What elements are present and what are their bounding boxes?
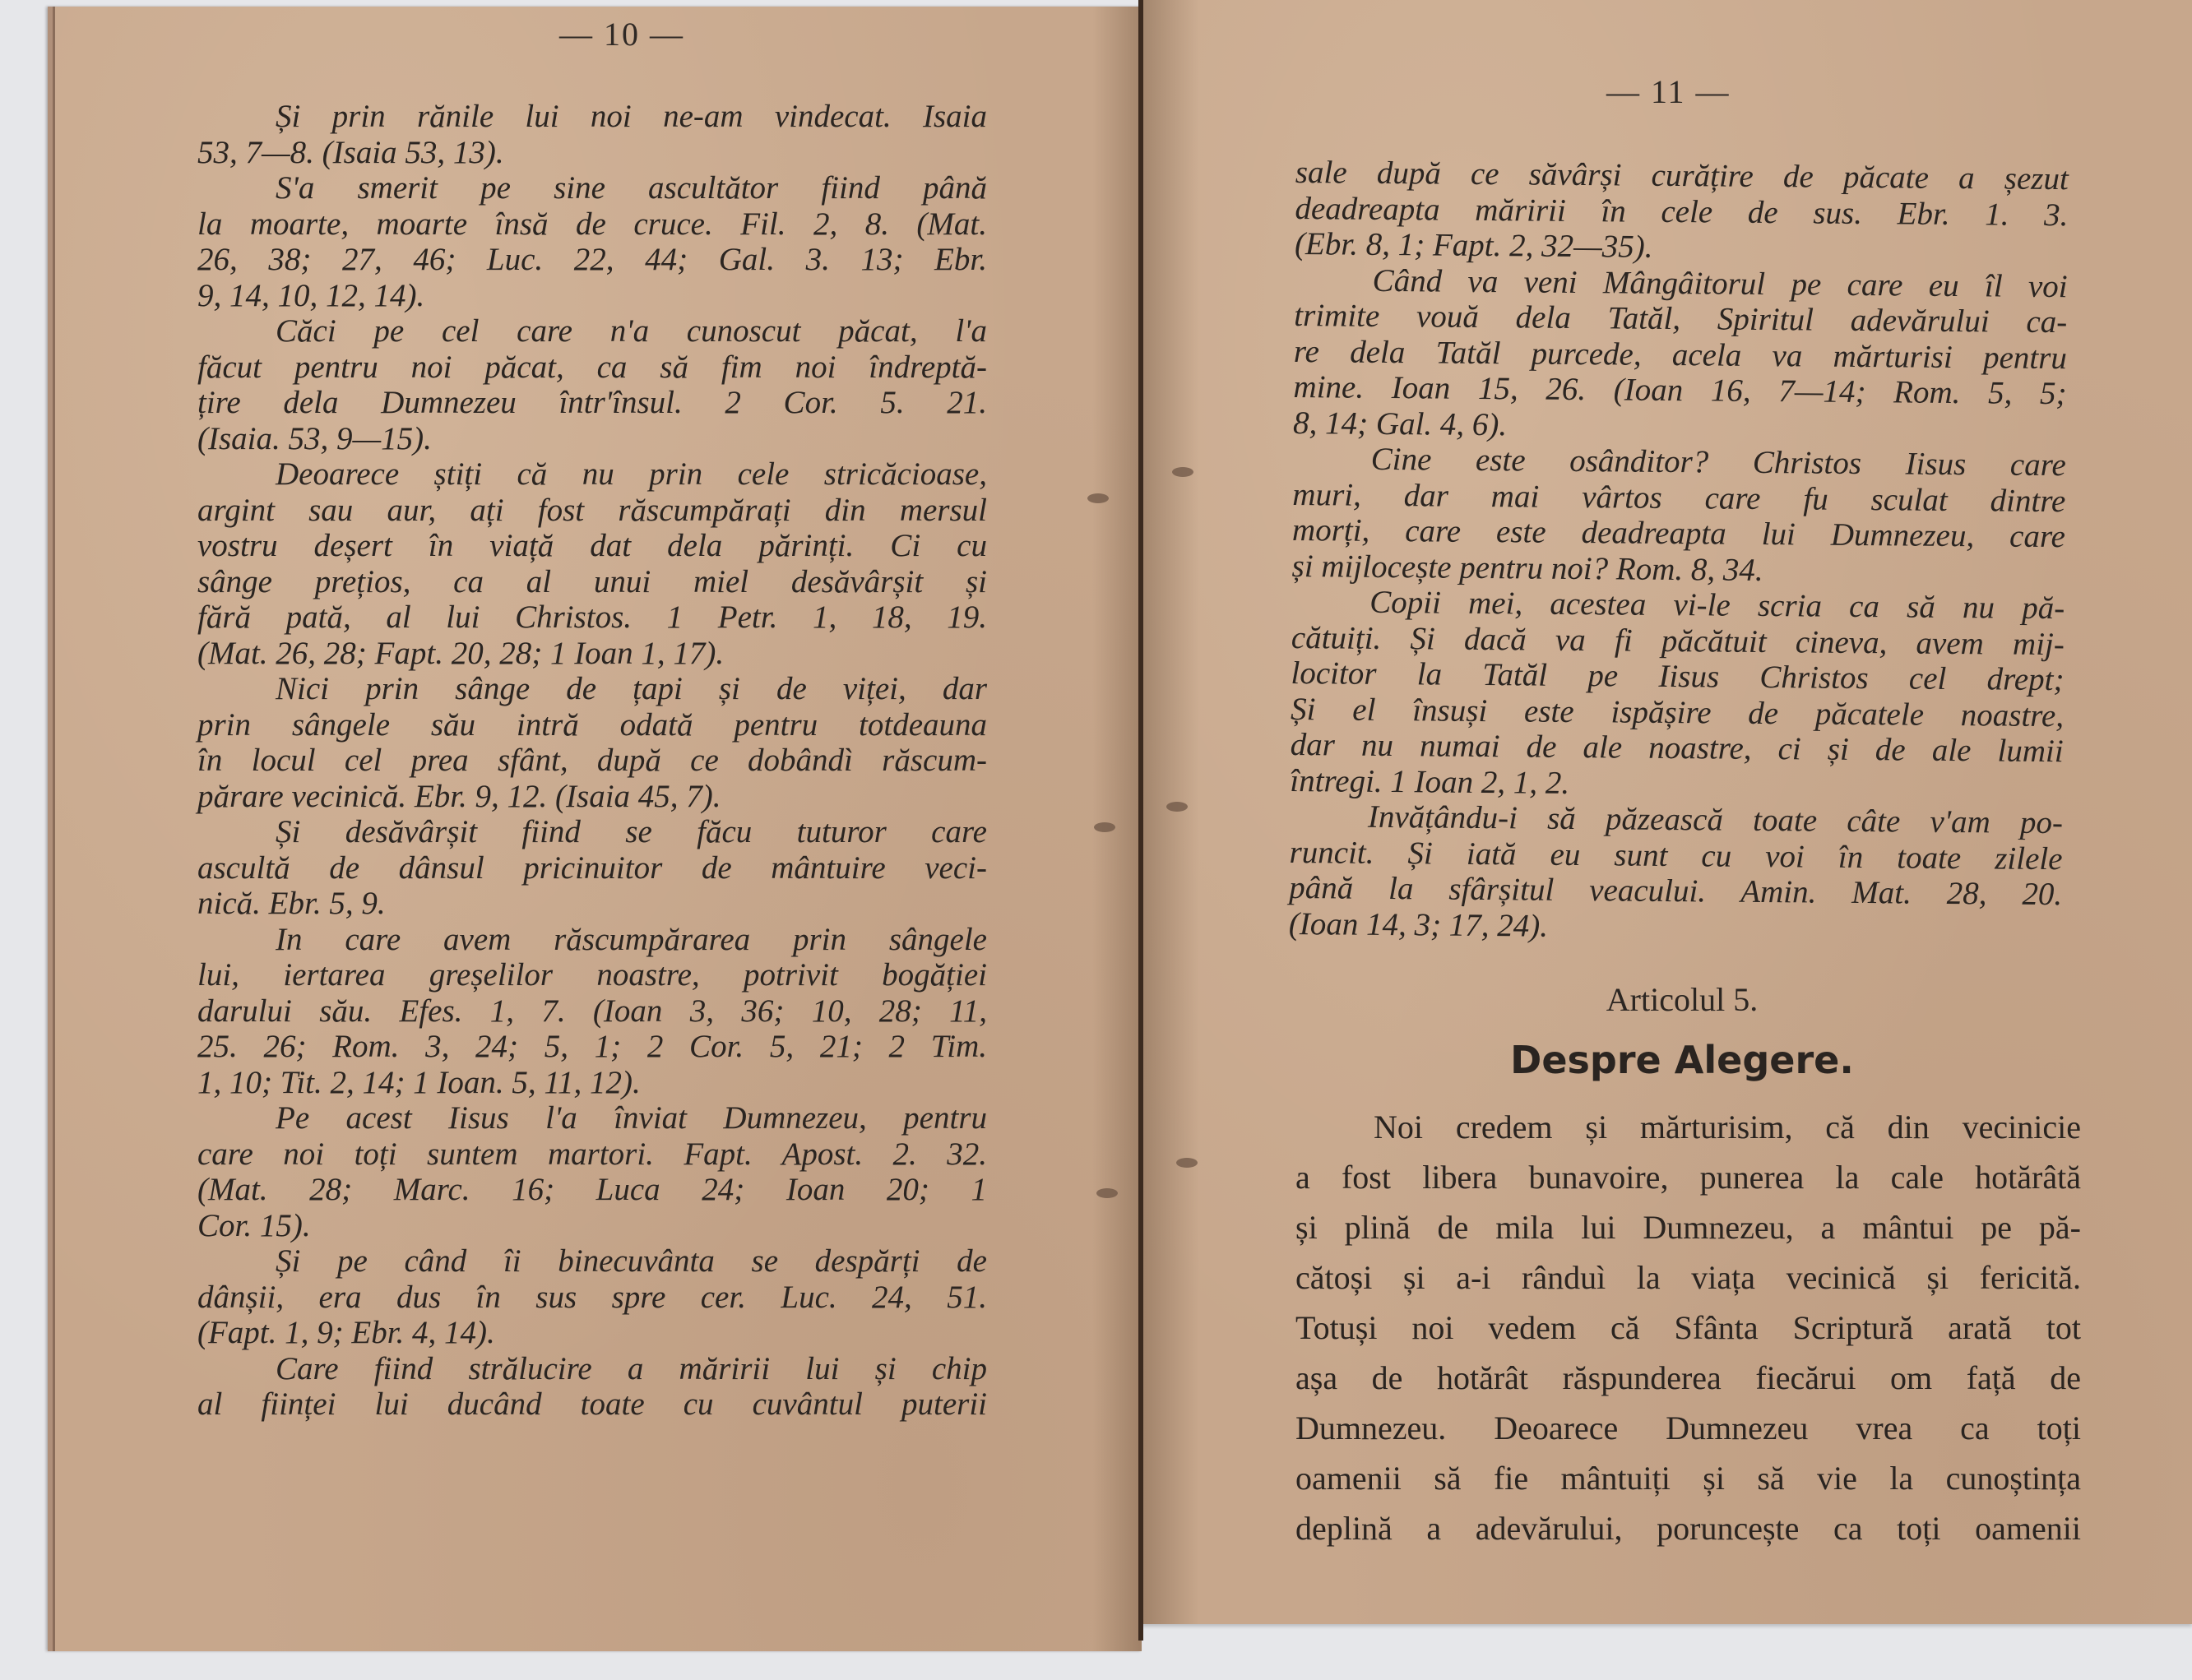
text-line: la moarte, moarte însă de cruce. Fil. 2,…	[197, 206, 987, 243]
text-line: făcut pentru noi păcat, ca să fim noi în…	[197, 349, 987, 386]
text-line: sale după ce săvârși curățire de păcate …	[1295, 155, 2069, 197]
text-line: deplină a adevărului, poruncește ca toți…	[1295, 1503, 2081, 1553]
text-line: oamenii să fie mântuiți și să vie la cun…	[1295, 1453, 2081, 1503]
binding-hole-mark	[1094, 822, 1115, 832]
text-line: dânșii, era dus în sus spre cer. Luc. 24…	[197, 1280, 987, 1316]
text-line: Și prin rănile lui noi ne-am vindecat. I…	[197, 99, 987, 135]
text-line: Și pe când îi binecuvânta se despărți de	[197, 1243, 987, 1280]
text-line: așa de hotărât răspunderea fiecărui om f…	[1295, 1353, 2081, 1403]
text-line: Invățându-i să păzească toate câte v'am …	[1290, 798, 2063, 841]
text-line: 53, 7—8. (Isaia 53, 13).	[197, 135, 987, 171]
text-line: 1, 10; Tit. 2, 14; 1 Ioan. 5, 11, 12).	[197, 1065, 987, 1101]
left-page-text: Și prin rănile lui noi ne-am vindecat. I…	[197, 99, 987, 1423]
text-line: (Mat. 28; Marc. 16; Luca 24; Ioan 20; 1	[197, 1172, 987, 1208]
text-line: în locul cel prea sfânt, după ce dobândì…	[197, 743, 987, 779]
text-line: Noi credem și mărturisim, că din vecinic…	[1295, 1102, 2081, 1152]
text-line: locitor la Tatăl pe Iisus Christos cel d…	[1291, 655, 2064, 698]
binding-hole-mark	[1172, 467, 1193, 477]
text-line: și plină de mila lui Dumnezeu, a mântui …	[1295, 1202, 2081, 1252]
text-line: 26, 38; 27, 46; Luc. 22, 44; Gal. 3. 13;…	[197, 242, 987, 278]
text-line: ascultă de dânsul pricinuitor de mântuir…	[197, 850, 987, 886]
text-line: mine. Ioan 15, 26. (Ioan 16, 7—14; Rom. …	[1293, 369, 2066, 412]
text-line: Și desăvârșit fiind se făcu tuturor care	[197, 814, 987, 850]
text-line: a fost libera bunavoire, punerea la cale…	[1295, 1152, 2081, 1202]
text-line: lui, iertarea greșelilor noastre, potriv…	[197, 957, 987, 993]
article-label: Articolul 5.	[1295, 980, 2069, 1019]
page-number-right: — 11 —	[1606, 72, 1731, 111]
text-line: nică. Ebr. 5, 9.	[197, 886, 987, 922]
text-line: morți, care este deadreapta lui Dumnezeu…	[1292, 512, 2065, 555]
text-line: S'a smerit pe sine ascultător fiind până	[197, 170, 987, 206]
text-line: trimite vouă dela Tatăl, Spiritul adevăr…	[1294, 298, 2067, 340]
text-line: țire dela Dumnezeu într'însul. 2 Cor. 5.…	[197, 385, 987, 421]
text-line: care noi toți suntem martori. Fapt. Apos…	[197, 1136, 987, 1173]
text-line: In care avem răscumpărarea prin sângele	[197, 922, 987, 958]
text-line: 9, 14, 10, 12, 14).	[197, 278, 987, 314]
text-line: Deoarece știți că nu prin cele stricăcio…	[197, 456, 987, 493]
text-line: sânge prețios, ca al unui miel desăvârși…	[197, 564, 987, 600]
text-line: (Isaia. 53, 9—15).	[197, 421, 987, 457]
text-line: cătoși și a-i rânduì la viața vecinică ș…	[1295, 1252, 2081, 1303]
text-line: (Mat. 26, 28; Fapt. 20, 28; 1 Ioan 1, 17…	[197, 636, 987, 672]
text-line: (Ioan 14, 3; 17, 24).	[1289, 905, 2062, 948]
text-line: prin sângele său intră odată pentru totd…	[197, 707, 987, 743]
text-line: dar nu numai de ale noastre, ci și de al…	[1291, 727, 2064, 770]
text-line: Nici prin sânge de țapi și de viței, dar	[197, 671, 987, 707]
text-line: (Fapt. 1, 9; Ebr. 4, 14).	[197, 1315, 987, 1351]
text-line: Cine este osânditor? Christos Iisus care	[1293, 441, 2066, 484]
text-line: Copii mei, acestea vi-le scria ca să nu …	[1291, 584, 2065, 627]
binding-hole-mark	[1096, 1188, 1118, 1198]
text-line: (Ebr. 8, 1; Fapt. 2, 32—35).	[1295, 226, 2068, 269]
text-line: argint sau aur, ați fost răscumpărați di…	[197, 493, 987, 529]
text-line: al ființei lui ducând toate cu cuvântul …	[197, 1386, 987, 1423]
book-gutter	[1138, 0, 1143, 1641]
binding-hole-mark	[1176, 1158, 1198, 1168]
page-number-left: — 10 —	[559, 15, 684, 53]
text-line: Căci pe cel care n'a cunoscut păcat, l'a	[197, 313, 987, 349]
binding-hole-mark	[1166, 802, 1188, 812]
text-line: darului său. Efes. 1, 7. (Ioan 3, 36; 10…	[197, 993, 987, 1030]
text-line: fără pată, al lui Christos. 1 Petr. 1, 1…	[197, 599, 987, 636]
article-title: Despre Alegere.	[1295, 1038, 2069, 1082]
text-line: vostru deșert în viață dat dela părinți.…	[197, 528, 987, 564]
text-line: Cor. 15).	[197, 1208, 987, 1244]
text-line: Care fiind strălucire a măririi lui și c…	[197, 1351, 987, 1387]
article-body-text: Noi credem și mărturisim, că din vecinic…	[1295, 1102, 2081, 1553]
text-line: 25. 26; Rom. 3, 24; 5, 1; 2 Cor. 5, 21; …	[197, 1029, 987, 1065]
text-line: Pe acest Iisus l'a înviat Dumnezeu, pent…	[197, 1100, 987, 1136]
text-line: Totuși noi vedem că Sfânta Scriptură ara…	[1295, 1303, 2081, 1353]
text-line: până la sfârșitul veacului. Amin. Mat. 2…	[1289, 870, 2062, 913]
right-page-text: sale după ce săvârși curățire de păcate …	[1289, 155, 2069, 948]
text-line: Dumnezeu. Deoarece Dumnezeu vrea ca toți	[1295, 1403, 2081, 1453]
binding-hole-mark	[1087, 493, 1109, 503]
text-line: părare vecinică. Ebr. 9, 12. (Isaia 45, …	[197, 779, 987, 815]
